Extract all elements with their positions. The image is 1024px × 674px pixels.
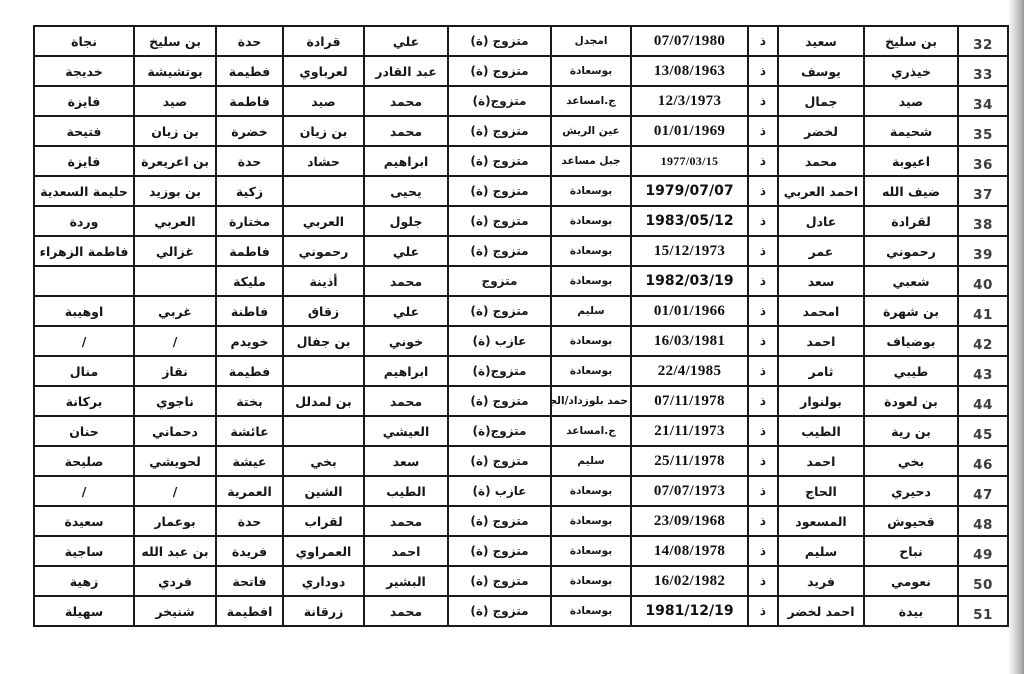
name-cell-4: ناجوي xyxy=(134,386,216,416)
name-cell-4: بن بوزيد xyxy=(134,176,216,206)
birthplace-cell: ج.امساعد xyxy=(551,416,631,446)
name-cell-2: دوداري xyxy=(283,566,364,596)
gender-cell: ذ xyxy=(748,596,778,626)
gender-cell: ذ xyxy=(748,356,778,386)
name-cell-2: العمراوي xyxy=(283,536,364,566)
name-cell-3: مليكة xyxy=(216,266,283,296)
registry-row: 50نعوميفريدذ16/02/1982بوسعادةمتزوج (ة)ال… xyxy=(34,566,1008,596)
registry-row: 42بوضيافاحمدذ16/03/1981بوسعادةعازب (ة)خو… xyxy=(34,326,1008,356)
birthplace-cell: حمد بلوزداد/الجزا xyxy=(551,386,631,416)
row-number-cell: 51 xyxy=(958,596,1008,626)
surname-cell: بخي xyxy=(864,446,958,476)
registry-row: 41بن شهرةامحمدذ01/01/1966سليممتزوج (ة)عل… xyxy=(34,296,1008,326)
given-name-cell: سعد xyxy=(778,266,864,296)
name-cell-4: بوعمار xyxy=(134,506,216,536)
name-cell-4: بن زيان xyxy=(134,116,216,146)
birthdate-cell: 16/03/1981 xyxy=(631,326,748,356)
name-cell-1: خوني xyxy=(364,326,448,356)
marital-status-cell: متزوج (ة) xyxy=(448,566,551,596)
gender-cell: ذ xyxy=(748,536,778,566)
marital-status-cell: متزوج (ة) xyxy=(448,176,551,206)
birthdate-cell: 13/08/1963 xyxy=(631,56,748,86)
registry-row: 38لقرادةعادلذ1983/05/12بوسعادةمتزوج (ة)ج… xyxy=(34,206,1008,236)
registry-row: 43طيبيثامرذ22/4/1985بوسعادةمتزوج(ة)ابراه… xyxy=(34,356,1008,386)
given-name-cell: سعيد xyxy=(778,26,864,56)
name-cell-5: وردة xyxy=(34,206,134,236)
name-cell-2: لعرباوي xyxy=(283,56,364,86)
registry-row: 39رحمونيعمرذ15/12/1973بوسعادةمتزوج (ة)عل… xyxy=(34,236,1008,266)
name-cell-3: فاطمة xyxy=(216,86,283,116)
surname-cell: بن رية xyxy=(864,416,958,446)
surname-cell: نباح xyxy=(864,536,958,566)
marital-status-cell: متزوج (ة) xyxy=(448,386,551,416)
given-name-cell: بولنوار xyxy=(778,386,864,416)
name-cell-5: منال xyxy=(34,356,134,386)
registry-row: 47دحيريالحاجذ07/07/1973بوسعادةعازب (ة)ال… xyxy=(34,476,1008,506)
name-cell-4: / xyxy=(134,326,216,356)
birthdate-cell: 21/11/1973 xyxy=(631,416,748,446)
name-cell-2: قرادة xyxy=(283,26,364,56)
registry-row: 36اعيوبةمحمدذ1977/03/15جبل مساعدمتزوج (ة… xyxy=(34,146,1008,176)
row-number-cell: 36 xyxy=(958,146,1008,176)
name-cell-1: جلول xyxy=(364,206,448,236)
row-number-cell: 49 xyxy=(958,536,1008,566)
row-number-cell: 35 xyxy=(958,116,1008,146)
registry-row: 37ضيف اللهاحمد العربيذ1979/07/07بوسعادةم… xyxy=(34,176,1008,206)
name-cell-2: الشين xyxy=(283,476,364,506)
name-cell-4: نقاز xyxy=(134,356,216,386)
name-cell-3: عائشة xyxy=(216,416,283,446)
name-cell-1: ابراهيم xyxy=(364,356,448,386)
name-cell-2: بخي xyxy=(283,446,364,476)
row-number-cell: 47 xyxy=(958,476,1008,506)
name-cell-3: فاطنة xyxy=(216,296,283,326)
gender-cell: ذ xyxy=(748,176,778,206)
birthplace-cell: سليم xyxy=(551,446,631,476)
name-cell-4: غربي xyxy=(134,296,216,326)
name-cell-3: فطيمة xyxy=(216,356,283,386)
name-cell-5 xyxy=(34,266,134,296)
birthdate-cell: 14/08/1978 xyxy=(631,536,748,566)
name-cell-5: نجاة xyxy=(34,26,134,56)
gender-cell: ذ xyxy=(748,266,778,296)
row-number-cell: 32 xyxy=(958,26,1008,56)
surname-cell: بوضياف xyxy=(864,326,958,356)
name-cell-2: أذينة xyxy=(283,266,364,296)
gender-cell: ذ xyxy=(748,566,778,596)
birthplace-cell: امجدل xyxy=(551,26,631,56)
name-cell-4: بن سليخ xyxy=(134,26,216,56)
row-number-cell: 39 xyxy=(958,236,1008,266)
gender-cell: ذ xyxy=(748,506,778,536)
registry-row: 35شحيمةلخضرذ01/01/1969عين الريشمتزوج (ة)… xyxy=(34,116,1008,146)
gender-cell: ذ xyxy=(748,326,778,356)
surname-cell: شحيمة xyxy=(864,116,958,146)
row-number-cell: 43 xyxy=(958,356,1008,386)
name-cell-3: افطيمة xyxy=(216,596,283,626)
name-cell-1: محمد xyxy=(364,116,448,146)
birthplace-cell: بوسعادة xyxy=(551,476,631,506)
name-cell-2 xyxy=(283,176,364,206)
row-number-cell: 44 xyxy=(958,386,1008,416)
gender-cell: ذ xyxy=(748,296,778,326)
name-cell-1: يحيى xyxy=(364,176,448,206)
given-name-cell: احمد لخضر xyxy=(778,596,864,626)
gender-cell: ذ xyxy=(748,116,778,146)
given-name-cell: ثامر xyxy=(778,356,864,386)
marital-status-cell: متزوج (ة) xyxy=(448,26,551,56)
marital-status-cell: متزوج xyxy=(448,266,551,296)
birthdate-cell: 01/01/1969 xyxy=(631,116,748,146)
registry-row: 46بخياحمدذ25/11/1978سليممتزوج (ة)سعدبخيع… xyxy=(34,446,1008,476)
civil-registry-table: 32بن سليخسعيدذ07/07/1980امجدلمتزوج (ة)عل… xyxy=(33,25,1009,627)
birthplace-cell: ج.امساعد xyxy=(551,86,631,116)
name-cell-3: العمرية xyxy=(216,476,283,506)
surname-cell: دحيري xyxy=(864,476,958,506)
name-cell-5: / xyxy=(34,326,134,356)
given-name-cell: احمد العربي xyxy=(778,176,864,206)
birthplace-cell: بوسعادة xyxy=(551,56,631,86)
gender-cell: ذ xyxy=(748,86,778,116)
given-name-cell: امحمد xyxy=(778,296,864,326)
name-cell-1: علي xyxy=(364,296,448,326)
name-cell-3: فاتحة xyxy=(216,566,283,596)
name-cell-2: لقراب xyxy=(283,506,364,536)
gender-cell: ذ xyxy=(748,446,778,476)
name-cell-5: فايزة xyxy=(34,86,134,116)
birthplace-cell: بوسعادة xyxy=(551,506,631,536)
name-cell-3: مختارة xyxy=(216,206,283,236)
marital-status-cell: متزوج(ة) xyxy=(448,356,551,386)
birthplace-cell: بوسعادة xyxy=(551,596,631,626)
name-cell-2: بن لمدلل xyxy=(283,386,364,416)
birthdate-cell: 01/01/1966 xyxy=(631,296,748,326)
name-cell-3: عيشة xyxy=(216,446,283,476)
birthdate-cell: 25/11/1978 xyxy=(631,446,748,476)
marital-status-cell: عازب (ة) xyxy=(448,326,551,356)
name-cell-2: رحموني xyxy=(283,236,364,266)
name-cell-5: فايزة xyxy=(34,146,134,176)
row-number-cell: 38 xyxy=(958,206,1008,236)
birthplace-cell: سليم xyxy=(551,296,631,326)
name-cell-3: زكية xyxy=(216,176,283,206)
birthplace-cell: بوسعادة xyxy=(551,356,631,386)
birthplace-cell: بوسعادة xyxy=(551,566,631,596)
name-cell-2: حشاد xyxy=(283,146,364,176)
name-cell-3: فاطمة xyxy=(216,236,283,266)
marital-status-cell: متزوج (ة) xyxy=(448,146,551,176)
birthplace-cell: بوسعادة xyxy=(551,206,631,236)
birthdate-cell: 15/12/1973 xyxy=(631,236,748,266)
marital-status-cell: متزوج (ة) xyxy=(448,596,551,626)
name-cell-1: محمد xyxy=(364,266,448,296)
birthdate-cell: 1982/03/19 xyxy=(631,266,748,296)
birthplace-cell: عين الريش xyxy=(551,116,631,146)
name-cell-1: محمد xyxy=(364,506,448,536)
surname-cell: اعيوبة xyxy=(864,146,958,176)
name-cell-5: خديجة xyxy=(34,56,134,86)
name-cell-4 xyxy=(134,266,216,296)
row-number-cell: 34 xyxy=(958,86,1008,116)
gender-cell: ذ xyxy=(748,26,778,56)
name-cell-1: العيشي xyxy=(364,416,448,446)
given-name-cell: احمد xyxy=(778,446,864,476)
name-cell-2: زرقانة xyxy=(283,596,364,626)
name-cell-1: الطيب xyxy=(364,476,448,506)
name-cell-5: حليمة السعدية xyxy=(34,176,134,206)
name-cell-1: احمد xyxy=(364,536,448,566)
row-number-cell: 41 xyxy=(958,296,1008,326)
name-cell-5: بركانة xyxy=(34,386,134,416)
name-cell-2: بن زيان xyxy=(283,116,364,146)
birthdate-cell: 1981/12/19 xyxy=(631,596,748,626)
name-cell-3: فطيمة xyxy=(216,56,283,86)
name-cell-2: صيد xyxy=(283,86,364,116)
given-name-cell: عمر xyxy=(778,236,864,266)
name-cell-4: غزالي xyxy=(134,236,216,266)
name-cell-3: خضرة xyxy=(216,116,283,146)
name-cell-1: البشير xyxy=(364,566,448,596)
birthdate-cell: 22/4/1985 xyxy=(631,356,748,386)
surname-cell: طيبي xyxy=(864,356,958,386)
name-cell-2 xyxy=(283,416,364,446)
row-number-cell: 48 xyxy=(958,506,1008,536)
gender-cell: ذ xyxy=(748,56,778,86)
name-cell-1: ابراهيم xyxy=(364,146,448,176)
name-cell-1: سعد xyxy=(364,446,448,476)
name-cell-2: زقاق xyxy=(283,296,364,326)
given-name-cell: المسعود xyxy=(778,506,864,536)
name-cell-1: علي xyxy=(364,236,448,266)
name-cell-5: اوهيبة xyxy=(34,296,134,326)
name-cell-3: حدة xyxy=(216,26,283,56)
marital-status-cell: متزوج (ة) xyxy=(448,506,551,536)
marital-status-cell: متزوج (ة) xyxy=(448,236,551,266)
name-cell-4: دحماني xyxy=(134,416,216,446)
registry-row: 33خيذرييوسفذ13/08/1963بوسعادةمتزوج (ة)عب… xyxy=(34,56,1008,86)
name-cell-3: فريدة xyxy=(216,536,283,566)
row-number-cell: 50 xyxy=(958,566,1008,596)
birthdate-cell: 1979/07/07 xyxy=(631,176,748,206)
scanned-registry-page: 32بن سليخسعيدذ07/07/1980امجدلمتزوج (ة)عل… xyxy=(0,0,1024,674)
row-number-cell: 33 xyxy=(958,56,1008,86)
given-name-cell: لخضر xyxy=(778,116,864,146)
surname-cell: شعبي xyxy=(864,266,958,296)
name-cell-4: بن عبد الله xyxy=(134,536,216,566)
given-name-cell: احمد xyxy=(778,326,864,356)
name-cell-3: حدة xyxy=(216,506,283,536)
surname-cell: نعومي xyxy=(864,566,958,596)
name-cell-1: محمد xyxy=(364,596,448,626)
given-name-cell: يوسف xyxy=(778,56,864,86)
birthplace-cell: بوسعادة xyxy=(551,326,631,356)
name-cell-2: بن جفال xyxy=(283,326,364,356)
registry-row: 34صيدجمالذ12/3/1973ج.امساعدمتزوج(ة)محمدص… xyxy=(34,86,1008,116)
row-number-cell: 37 xyxy=(958,176,1008,206)
name-cell-5: صليحة xyxy=(34,446,134,476)
surname-cell: لقرادة xyxy=(864,206,958,236)
row-number-cell: 42 xyxy=(958,326,1008,356)
birthdate-cell: 07/07/1980 xyxy=(631,26,748,56)
registry-row: 49نباحسليمذ14/08/1978بوسعادةمتزوج (ة)احم… xyxy=(34,536,1008,566)
gender-cell: ذ xyxy=(748,476,778,506)
marital-status-cell: متزوج (ة) xyxy=(448,296,551,326)
marital-status-cell: متزوج (ة) xyxy=(448,116,551,146)
gender-cell: ذ xyxy=(748,416,778,446)
birthdate-cell: 07/11/1978 xyxy=(631,386,748,416)
name-cell-5: فاطمة الزهراء xyxy=(34,236,134,266)
surname-cell: بن شهرة xyxy=(864,296,958,326)
surname-cell: بن لعودة xyxy=(864,386,958,416)
birthdate-cell: 1977/03/15 xyxy=(631,146,748,176)
name-cell-4: / xyxy=(134,476,216,506)
name-cell-4: صيد xyxy=(134,86,216,116)
birthplace-cell: بوسعادة xyxy=(551,176,631,206)
gender-cell: ذ xyxy=(748,206,778,236)
scan-edge-shadow xyxy=(1008,0,1024,674)
name-cell-1: علي xyxy=(364,26,448,56)
marital-status-cell: متزوج (ة) xyxy=(448,206,551,236)
marital-status-cell: عازب (ة) xyxy=(448,476,551,506)
surname-cell: ضيف الله xyxy=(864,176,958,206)
surname-cell: رحموني xyxy=(864,236,958,266)
registry-row: 44بن لعودةبولنوارذ07/11/1978حمد بلوزداد/… xyxy=(34,386,1008,416)
registry-row: 45بن ريةالطيبذ21/11/1973ج.امساعدمتزوج(ة)… xyxy=(34,416,1008,446)
name-cell-1: عبد القادر xyxy=(364,56,448,86)
name-cell-2: العربي xyxy=(283,206,364,236)
name-cell-5: ساجية xyxy=(34,536,134,566)
marital-status-cell: متزوج(ة) xyxy=(448,416,551,446)
given-name-cell: الحاج xyxy=(778,476,864,506)
name-cell-5: سهيلة xyxy=(34,596,134,626)
birthdate-cell: 07/07/1973 xyxy=(631,476,748,506)
registry-row: 32بن سليخسعيدذ07/07/1980امجدلمتزوج (ة)عل… xyxy=(34,26,1008,56)
birthplace-cell: جبل مساعد xyxy=(551,146,631,176)
marital-status-cell: متزوج (ة) xyxy=(448,536,551,566)
name-cell-5: فتيحة xyxy=(34,116,134,146)
surname-cell: قحيوش xyxy=(864,506,958,536)
birthplace-cell: بوسعادة xyxy=(551,266,631,296)
given-name-cell: فريد xyxy=(778,566,864,596)
name-cell-4: العربي xyxy=(134,206,216,236)
gender-cell: ذ xyxy=(748,236,778,266)
marital-status-cell: متزوج(ة) xyxy=(448,86,551,116)
registry-row: 40شعبيسعدذ1982/03/19بوسعادةمتزوجمحمدأذين… xyxy=(34,266,1008,296)
name-cell-4: بن اعريعرة xyxy=(134,146,216,176)
given-name-cell: جمال xyxy=(778,86,864,116)
birthdate-cell: 23/09/1968 xyxy=(631,506,748,536)
name-cell-5: / xyxy=(34,476,134,506)
gender-cell: ذ xyxy=(748,146,778,176)
surname-cell: بيدة xyxy=(864,596,958,626)
name-cell-5: حنان xyxy=(34,416,134,446)
given-name-cell: عادل xyxy=(778,206,864,236)
given-name-cell: سليم xyxy=(778,536,864,566)
registry-row: 51بيدةاحمد لخضرذ1981/12/19بوسعادةمتزوج (… xyxy=(34,596,1008,626)
birthplace-cell: بوسعادة xyxy=(551,236,631,266)
given-name-cell: الطيب xyxy=(778,416,864,446)
birthdate-cell: 1983/05/12 xyxy=(631,206,748,236)
name-cell-4: بوتشيشة xyxy=(134,56,216,86)
name-cell-1: محمد xyxy=(364,386,448,416)
gender-cell: ذ xyxy=(748,386,778,416)
surname-cell: خيذري xyxy=(864,56,958,86)
name-cell-5: سعيدة xyxy=(34,506,134,536)
name-cell-4: لحويشي xyxy=(134,446,216,476)
name-cell-3: بختة xyxy=(216,386,283,416)
name-cell-3: خويدم xyxy=(216,326,283,356)
birthdate-cell: 16/02/1982 xyxy=(631,566,748,596)
name-cell-1: محمد xyxy=(364,86,448,116)
name-cell-5: زهية xyxy=(34,566,134,596)
given-name-cell: محمد xyxy=(778,146,864,176)
surname-cell: بن سليخ xyxy=(864,26,958,56)
name-cell-4: فردي xyxy=(134,566,216,596)
name-cell-2 xyxy=(283,356,364,386)
row-number-cell: 40 xyxy=(958,266,1008,296)
row-number-cell: 46 xyxy=(958,446,1008,476)
birthdate-cell: 12/3/1973 xyxy=(631,86,748,116)
name-cell-4: شنيخر xyxy=(134,596,216,626)
row-number-cell: 45 xyxy=(958,416,1008,446)
marital-status-cell: متزوج (ة) xyxy=(448,446,551,476)
marital-status-cell: متزوج (ة) xyxy=(448,56,551,86)
birthplace-cell: بوسعادة xyxy=(551,536,631,566)
name-cell-3: حدة xyxy=(216,146,283,176)
surname-cell: صيد xyxy=(864,86,958,116)
registry-row: 48قحيوشالمسعودذ23/09/1968بوسعادةمتزوج (ة… xyxy=(34,506,1008,536)
